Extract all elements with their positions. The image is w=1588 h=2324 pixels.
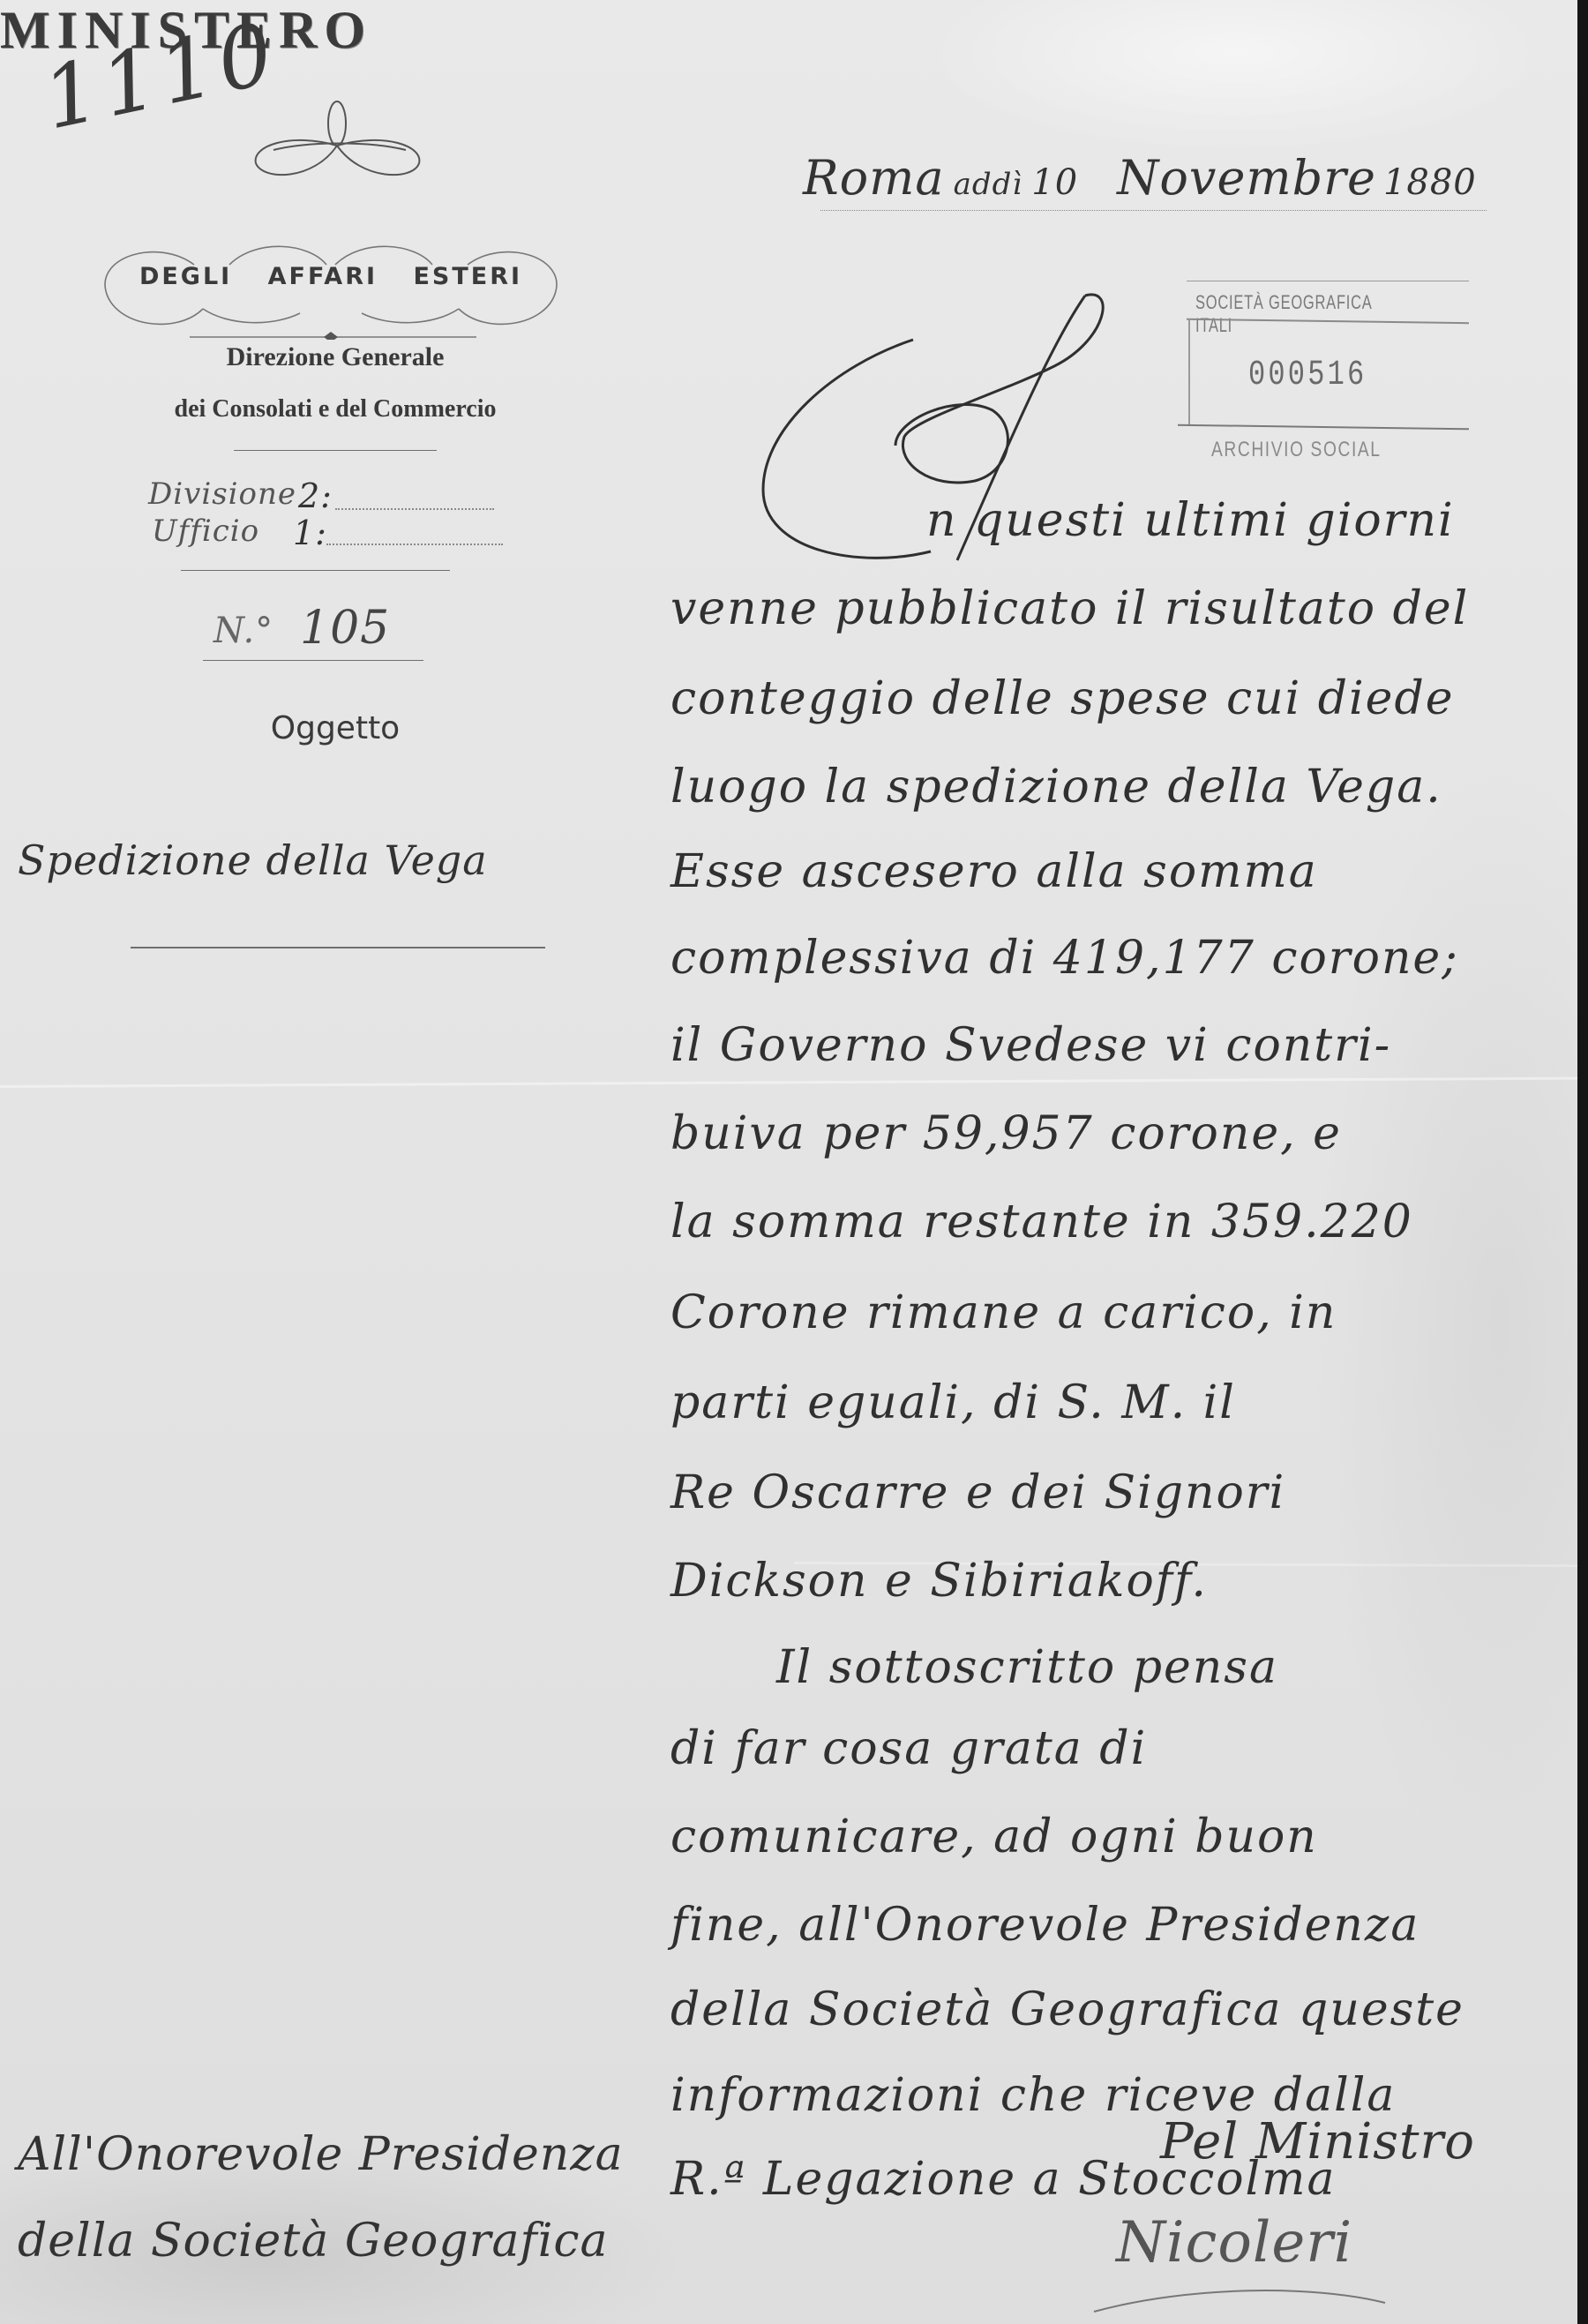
stamp-rule <box>1178 424 1469 431</box>
number-value: 105 <box>300 602 390 655</box>
office-value: 1: <box>293 514 327 552</box>
body-line: comunicare, ad ogni buon <box>670 1810 1318 1863</box>
letter-page: 1110 MINISTERO DEGLI AFFARI ESTERI Direz… <box>0 0 1579 2324</box>
date-place: Roma <box>803 150 945 206</box>
office-dotted-line <box>326 544 503 545</box>
body-line: il Governo Svedese vi contri- <box>670 1019 1391 1072</box>
stamp-top-text: SOCIETÀ GEOGRAFICA ITALI <box>1195 291 1407 337</box>
stamp-bottom-text: ARCHIVIO SOCIAL <box>1211 438 1382 462</box>
division-value: 2: <box>298 476 333 515</box>
date-line: Roma addì 10 Novembre 1880 <box>803 150 1491 206</box>
number-label: N.° <box>213 611 273 651</box>
body-line: Corone rimane a carico, in <box>670 1286 1337 1339</box>
ornament-icon <box>238 97 441 185</box>
body-line: la somma restante in 359.220 <box>670 1196 1413 1248</box>
stamp-border <box>1188 320 1190 426</box>
signature-flourish-icon <box>1085 2259 1420 2324</box>
subtitle-word: ESTERI <box>413 263 522 290</box>
division-label: Divisione <box>148 476 296 512</box>
divider <box>181 570 450 571</box>
ministry-subtitle: DEGLI AFFARI ESTERI <box>101 263 560 290</box>
body-line: parti eguali, di S. M. il <box>670 1376 1236 1429</box>
date-dotted-line <box>820 210 1487 211</box>
subject-rule <box>131 947 545 948</box>
body-line: buiva per 59,957 corone, e <box>670 1107 1342 1160</box>
closing-text: Pel Ministro <box>1160 2113 1475 2170</box>
stamp-border <box>1187 281 1469 281</box>
subtitle-word: AFFARI <box>268 263 378 290</box>
body-line: fine, all'Onorevole Presidenza <box>670 1899 1419 1952</box>
subject-label: Oggetto <box>124 710 547 746</box>
body-line: venne pubblicato il risultato del <box>670 582 1469 635</box>
date-day: 10 <box>1031 162 1078 203</box>
divider <box>234 450 437 451</box>
body-line: Il sottoscritto pensa <box>776 1641 1278 1694</box>
date-addi: addì <box>954 167 1023 202</box>
office-label: Ufficio <box>152 514 259 549</box>
body-line: della Società Geografica queste <box>670 1983 1464 2036</box>
scan-border <box>1577 0 1588 2324</box>
addressee-line-2: della Società Geografica <box>18 2215 609 2268</box>
date-year: 1880 <box>1383 162 1477 203</box>
body-line: conteggio delle spese cui diede <box>670 672 1455 725</box>
body-line: di far cosa grata di <box>670 1722 1147 1775</box>
stamp-number: 000516 <box>1248 356 1367 395</box>
date-month: Novembre <box>1117 150 1376 206</box>
division-dotted-line <box>335 508 494 510</box>
body-line: Esse ascesero alla somma <box>670 845 1318 898</box>
body-line: Re Oscarre e dei Signori <box>670 1466 1285 1519</box>
body-line: Dickson e Sibiriakoff. <box>670 1555 1208 1608</box>
archive-stamp: SOCIETÀ GEOGRAFICA ITALI 000516 ARCHIVIO… <box>1187 281 1478 470</box>
paper-crease <box>0 1077 1579 1088</box>
body-line: luogo la spedizione della Vega. <box>670 761 1442 813</box>
directorate-line-1: Direzione Generale <box>124 342 547 372</box>
subtitle-word: DEGLI <box>139 263 232 290</box>
divider <box>203 660 423 661</box>
body-line: complessiva di 419,177 corone; <box>670 932 1459 985</box>
addressee-line-1: All'Onorevole Presidenza <box>18 2128 624 2181</box>
body-line: n questi ultimi giorni <box>926 494 1455 547</box>
directorate-line-2: dei Consolati e del Commercio <box>115 395 556 424</box>
subject-value: Spedizione della Vega <box>18 836 488 884</box>
